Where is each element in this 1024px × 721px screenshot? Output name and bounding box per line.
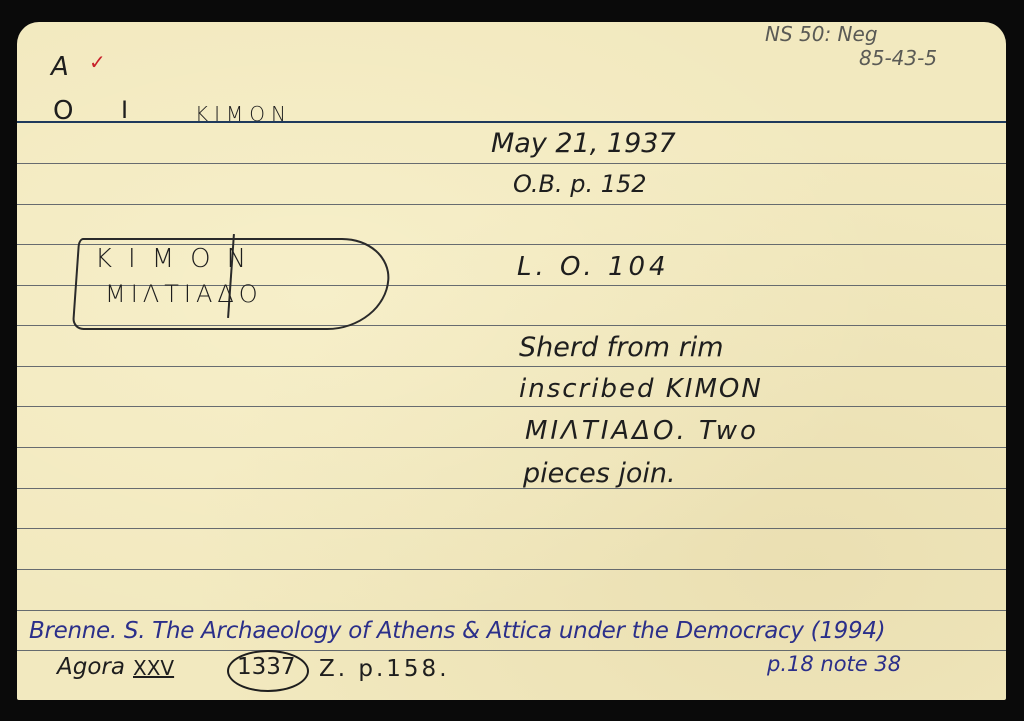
classification-code: O: [53, 96, 73, 126]
page-note: p.18 note 38: [767, 652, 901, 676]
ruled-line: [17, 406, 1006, 407]
classification-name: KIMON: [195, 102, 292, 126]
ruled-line: [17, 204, 1006, 205]
catalog-page: Z. p.158.: [319, 656, 450, 682]
description-line4: pieces join.: [523, 458, 676, 489]
sherd-inscription-line2: ΜΙΛΤΙΑΔΟ: [105, 280, 263, 308]
description-line3: ΜΙΛΤΙΑΔΟ. Two: [525, 416, 759, 446]
classification-number: I: [121, 96, 128, 124]
ruled-line: [17, 650, 1006, 651]
ruled-line: [17, 528, 1006, 529]
entry-date: May 21, 1937: [491, 128, 676, 159]
ruled-line: [17, 366, 1006, 367]
description-line1: Sherd from rim: [519, 332, 724, 363]
catalog-letter: A: [51, 52, 69, 82]
description-line2: inscribed KIMON: [519, 374, 763, 404]
negative-ref-line2: 85-43-5: [859, 46, 937, 70]
sherd-inscription-line1: KIMON: [95, 244, 262, 274]
check-mark-icon: ✓: [89, 50, 106, 74]
ruled-line: [17, 488, 1006, 489]
ruled-line: [17, 163, 1006, 164]
agora-label: Agora: [57, 654, 125, 680]
notebook-ref: O.B. p. 152: [513, 170, 647, 198]
header-rule: [17, 121, 1006, 123]
index-card: A ✓ O I KIMON NS 50: Neg 85-43-5 KIMON Μ…: [17, 22, 1006, 700]
bibliography-citation: Brenne. S. The Archaeology of Athens & A…: [29, 618, 885, 644]
ruled-line: [17, 447, 1006, 448]
inventory-number: L. O. 104: [517, 252, 670, 282]
agora-volume: XXV: [133, 656, 174, 680]
catalog-number: 1337: [237, 654, 296, 680]
negative-ref-line1: NS 50: Neg: [765, 22, 878, 46]
ruled-line: [17, 610, 1006, 611]
ruled-line: [17, 569, 1006, 570]
